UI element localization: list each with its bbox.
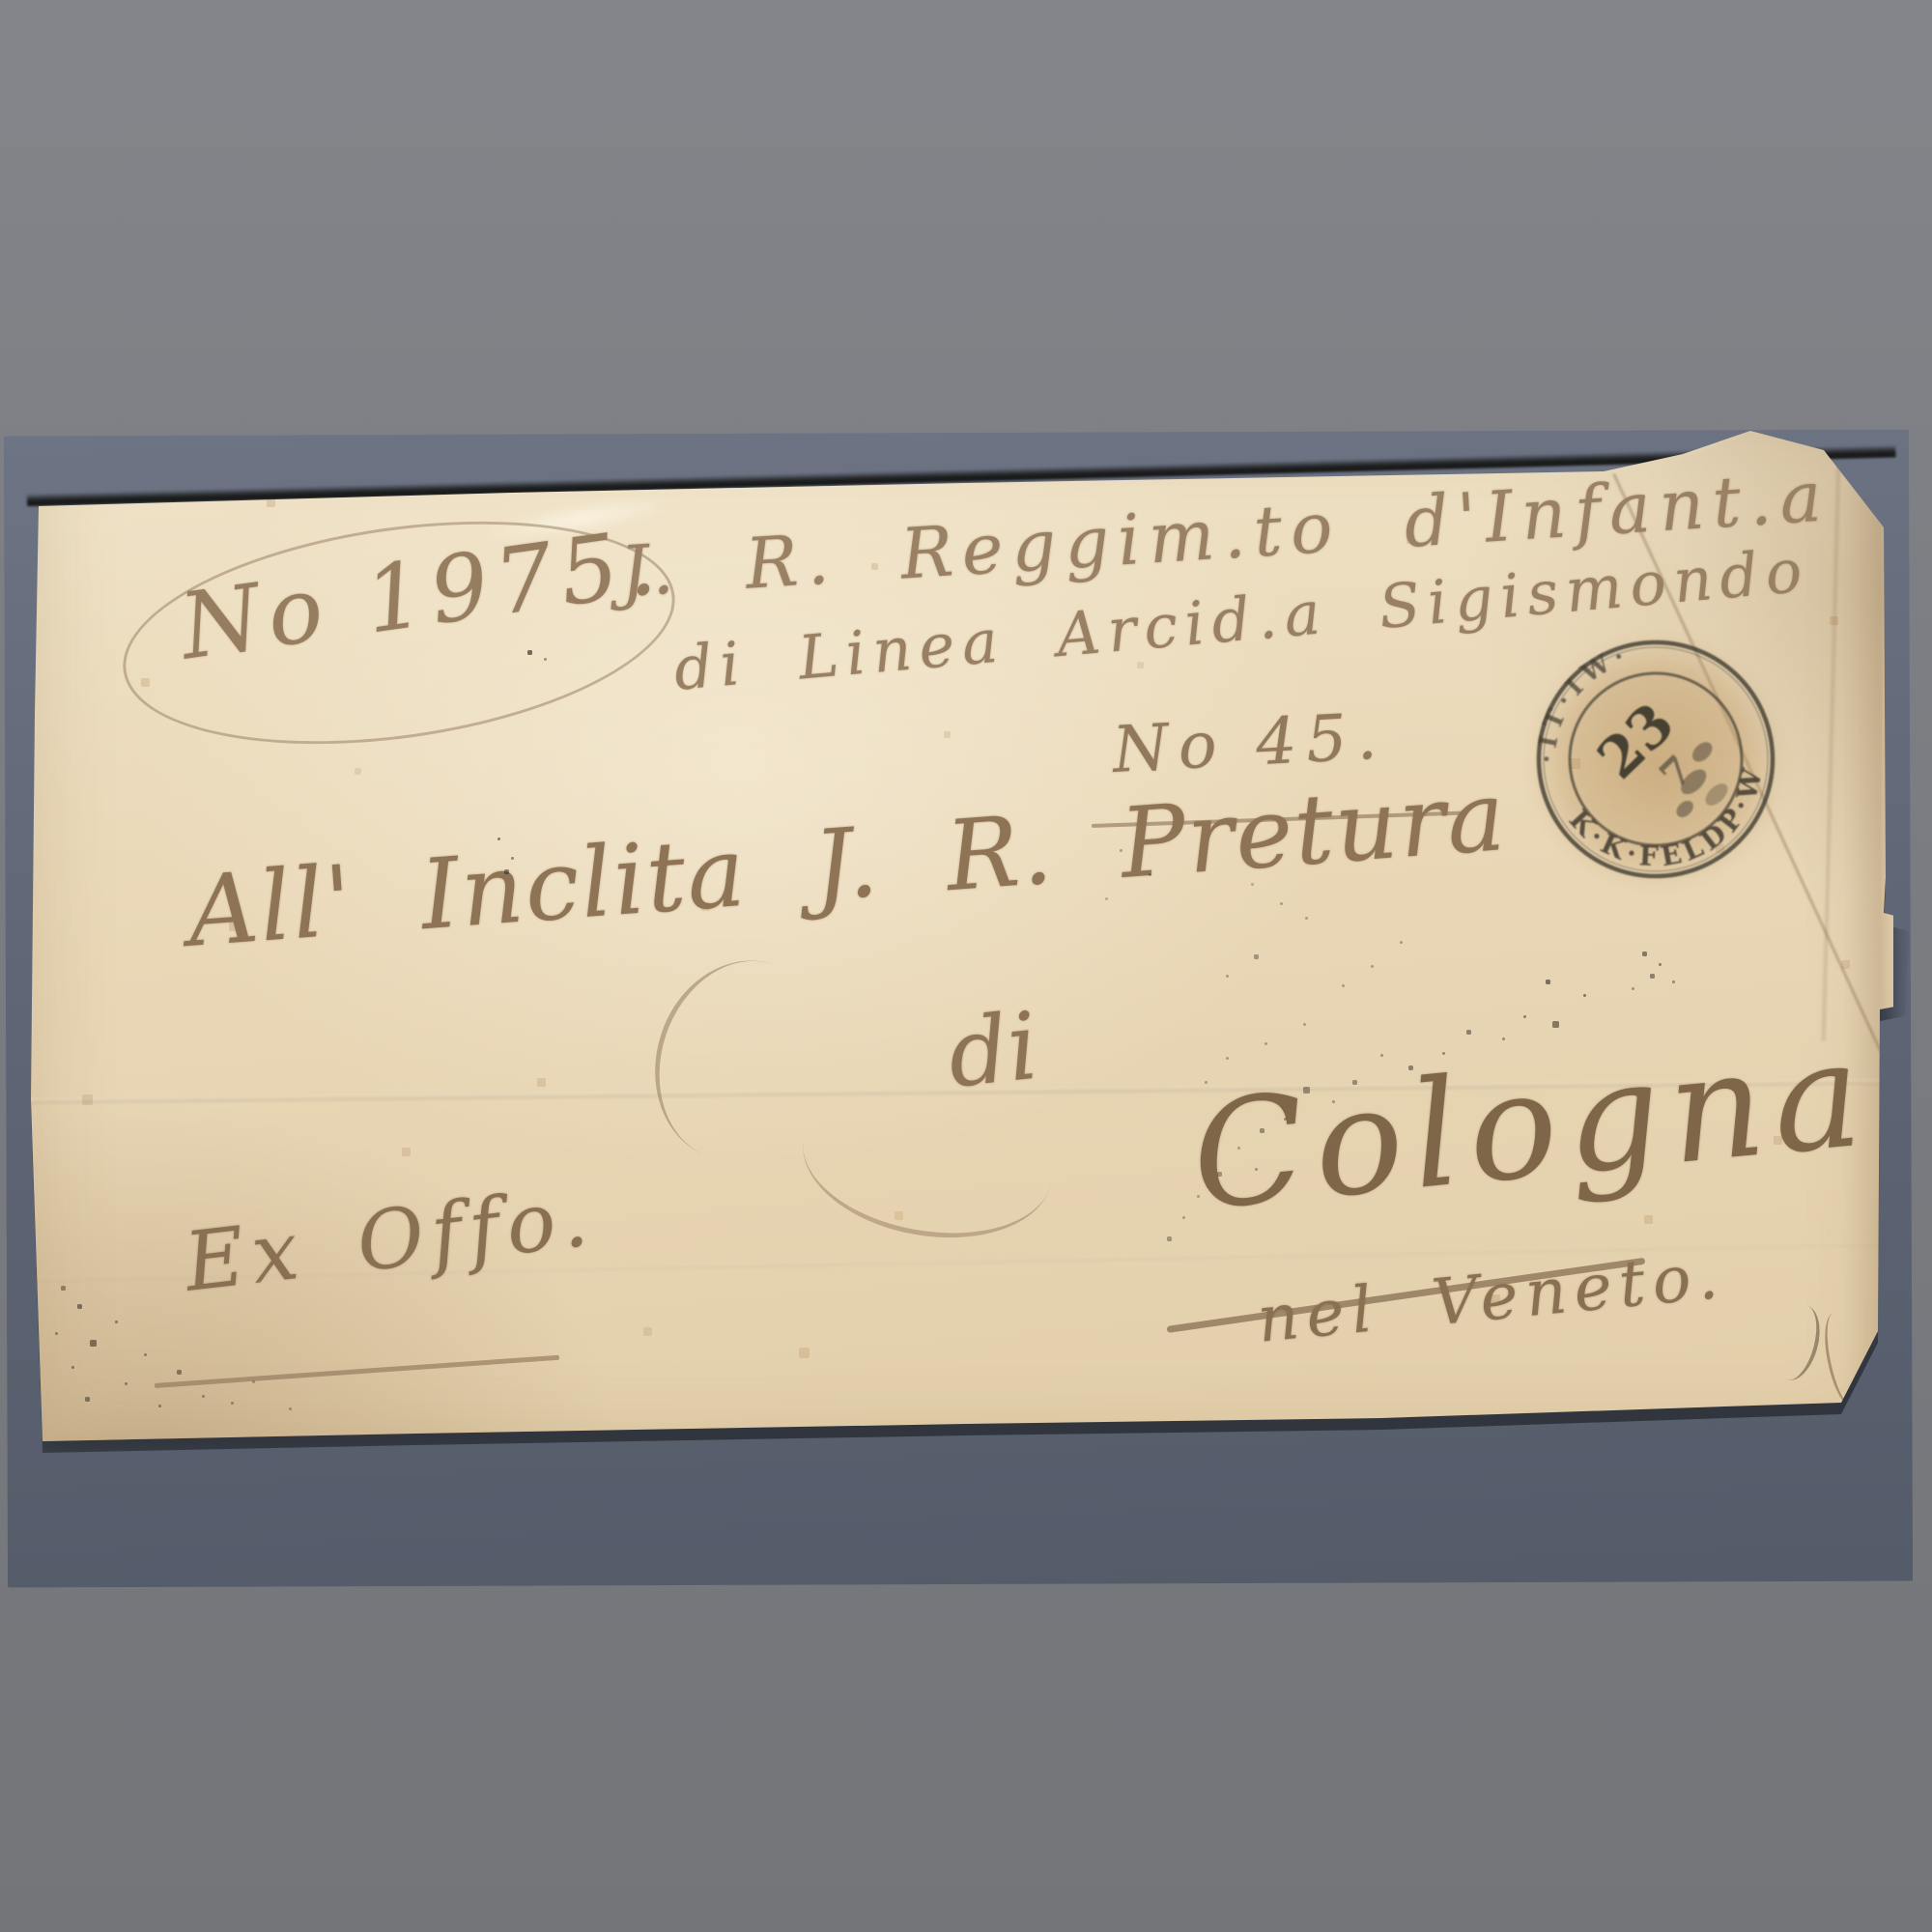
address-city: Cologna xyxy=(1185,1008,1878,1243)
franchise-underline xyxy=(155,1355,559,1388)
address-line1: All' Inclita J. R. Pretura xyxy=(185,759,1511,969)
folded-letter-cover: No 1975. J. R. Reggim.to d'Infant.a di L… xyxy=(29,423,1893,1452)
foxing-spots xyxy=(29,423,30,424)
franchise-note: Ex Offo. xyxy=(180,1169,600,1310)
postmark-stamp: ·IT·IW· K·K·FELDP·W 23 7 xyxy=(1520,624,1791,895)
ink-offset-speckles xyxy=(29,423,30,424)
marginalia-stroke xyxy=(1766,1300,1827,1386)
